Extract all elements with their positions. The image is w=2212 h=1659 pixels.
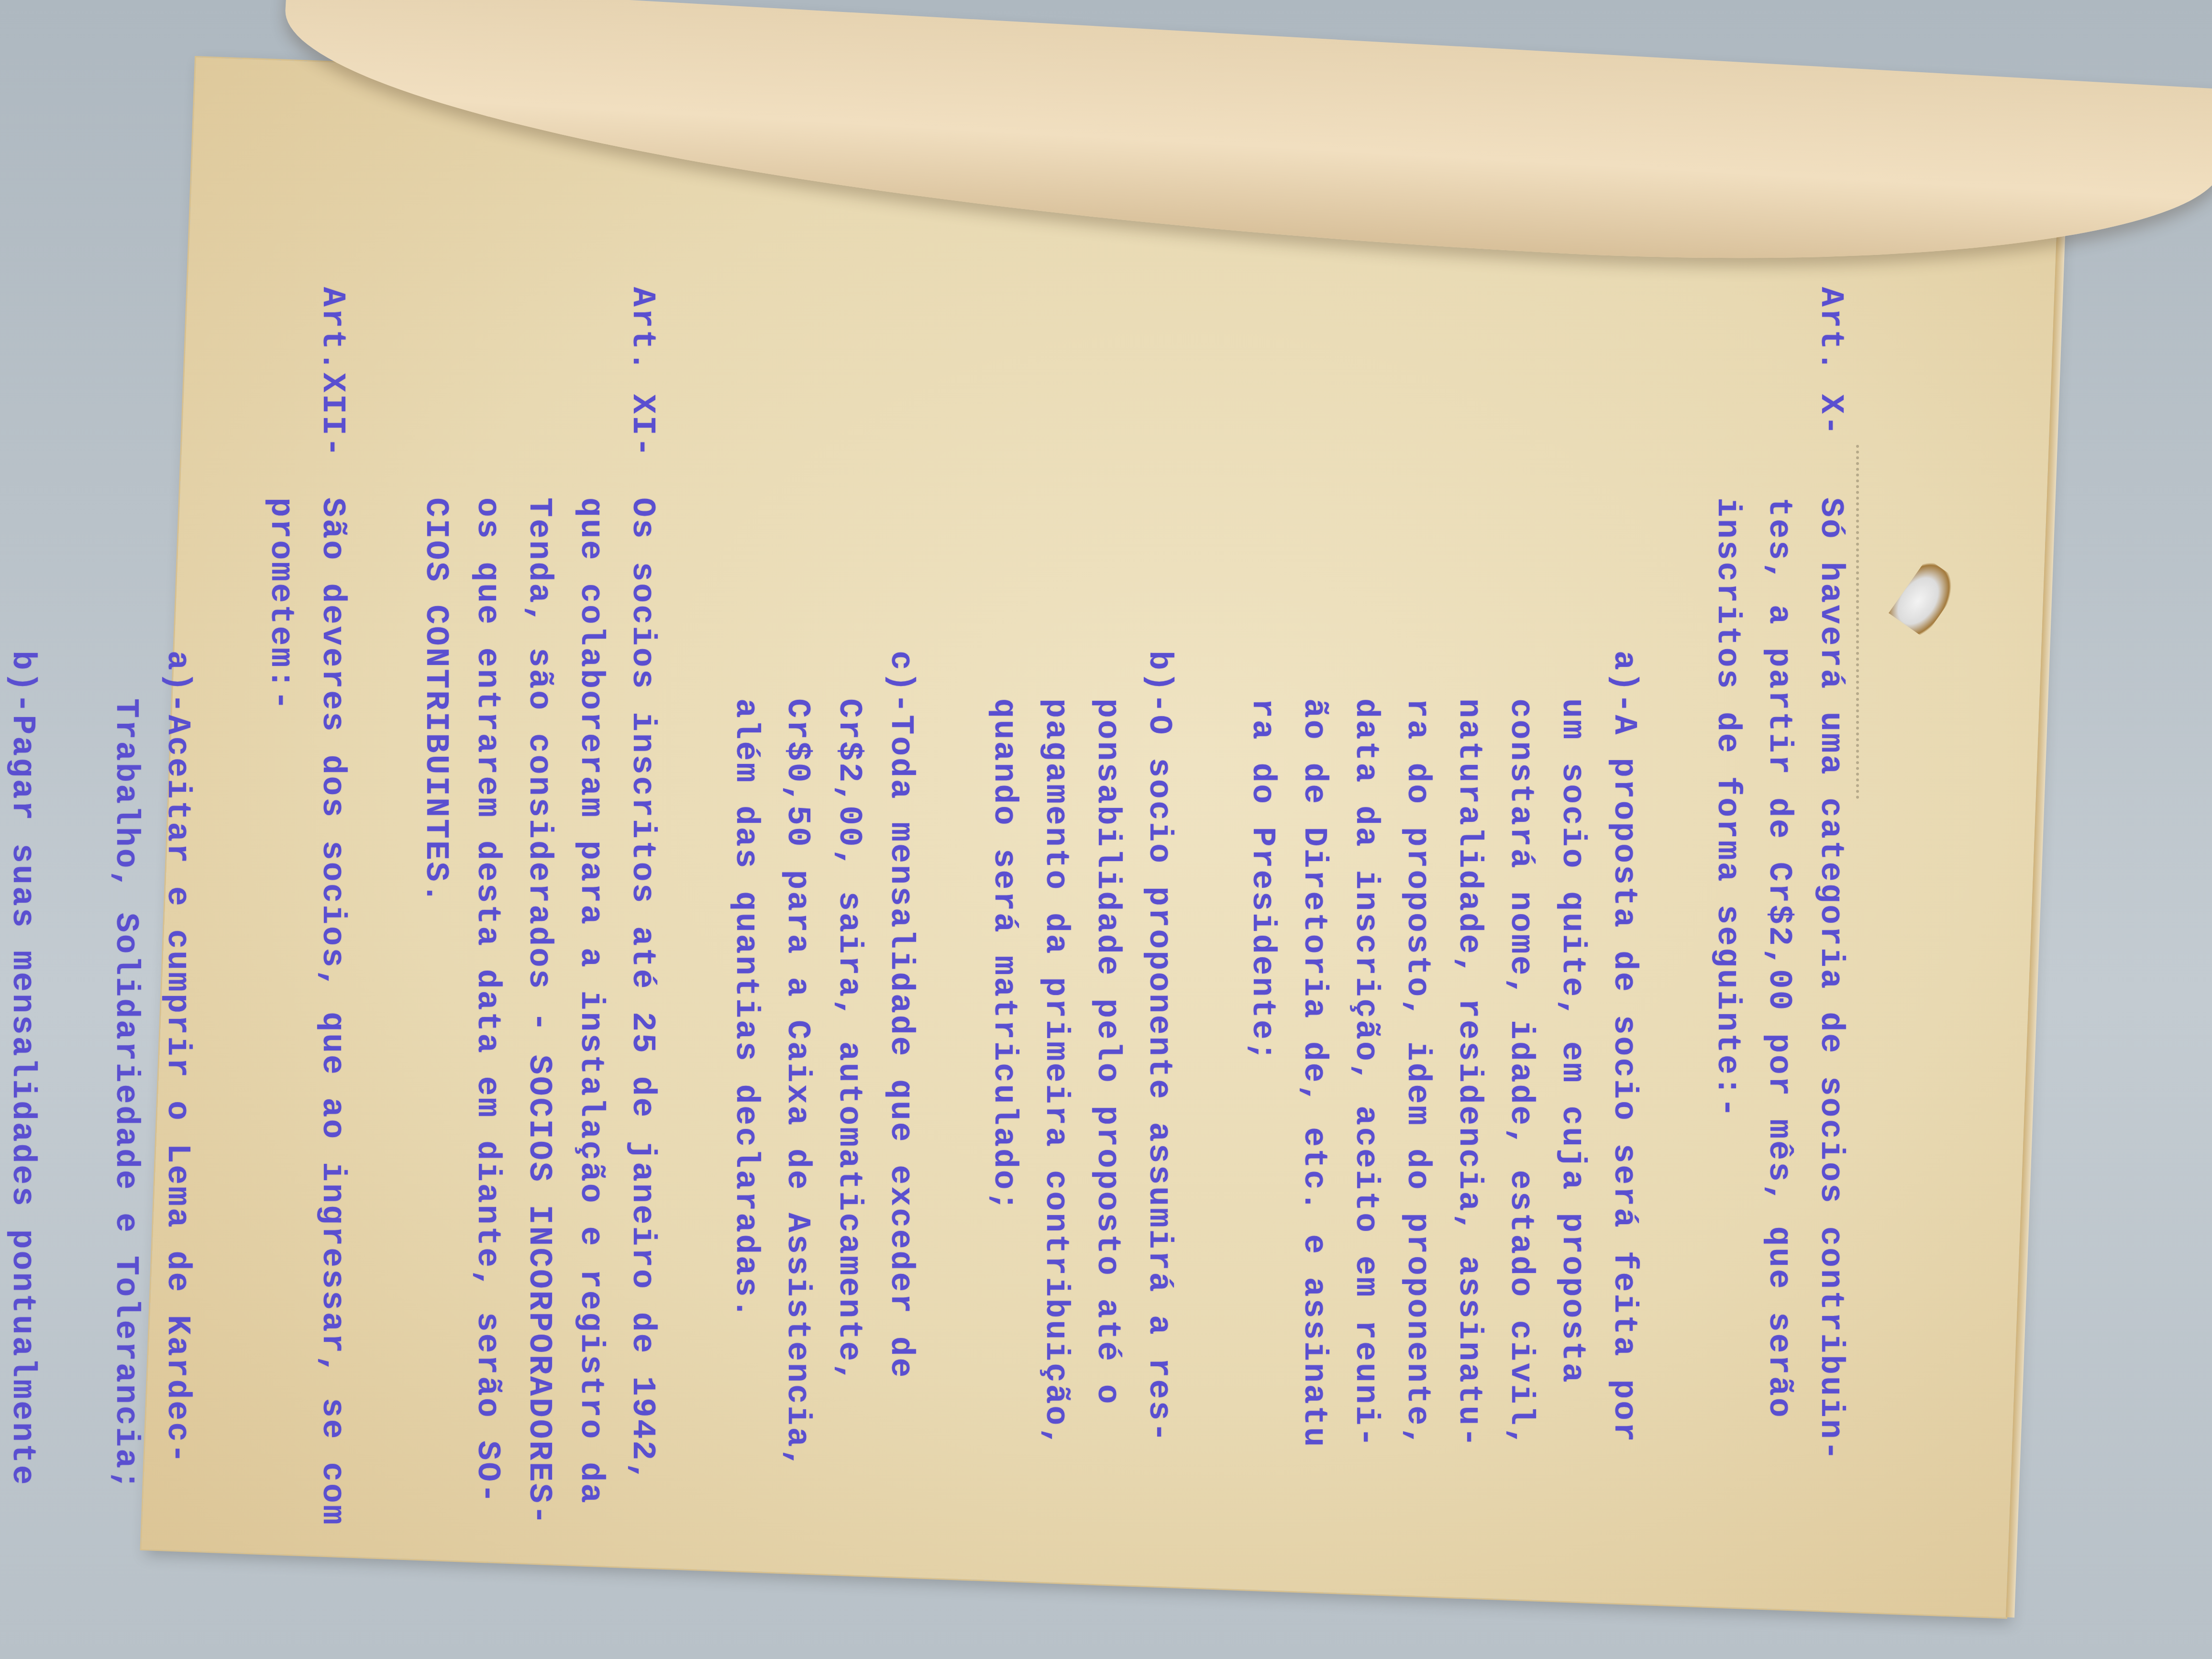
- item-line: pagamento da primeira contribuição,: [1029, 287, 1081, 1531]
- item-line: Cr$0,50 para a Caixa de Assistencia,: [771, 287, 823, 1531]
- item-line: um socio quite, em cuja proposta: [1546, 287, 1598, 1531]
- item-line: Cr$2,00, saira, automaticamente,: [823, 287, 874, 1531]
- article-xii: Art.XII-São deveres dos socios, que ao i…: [0, 287, 358, 1531]
- article-line: inscritos de forma seguinte:-: [1701, 287, 1753, 1531]
- item-line: A proposta de socio será feita por: [1605, 715, 1642, 1443]
- item-line: ra do Presidente;: [1236, 287, 1288, 1531]
- item-line: O socio proponente assumirá a res-: [1140, 715, 1177, 1443]
- item-line: constará nome, idade, estado civil,: [1494, 287, 1546, 1531]
- item-line: ão de Diretoria de, etc. e assinatu: [1288, 287, 1339, 1531]
- item-line: ponsabilidade pelo proposto até o: [1081, 287, 1133, 1531]
- item-line: Toda mensalidade que exceder de: [882, 715, 919, 1379]
- faded-header-marks: [1856, 445, 1873, 799]
- item-line: quando será matriculado;: [978, 287, 1029, 1531]
- article-line: os que entrarem desta data em diante, se…: [461, 287, 513, 1531]
- document-body: Art. X-Só haverá uma categoria de socios…: [0, 287, 1856, 1531]
- article-label: Art. X-: [1804, 287, 1856, 498]
- item-line: Trabalho, Solidariedade e Tolerancia;: [100, 287, 151, 1531]
- item-marker: c)-: [882, 651, 919, 715]
- item-line: naturalidade, residencia, assinatu-: [1443, 287, 1494, 1531]
- article-label: Art. XI-: [616, 287, 668, 498]
- item-marker: b)-: [1140, 651, 1177, 715]
- article-line: CIOS CONTRIBUINTES.: [409, 287, 461, 1531]
- article-line: Os socios inscritos até 25 de janeiro de…: [624, 498, 661, 1483]
- item-marker: b)-: [4, 651, 41, 715]
- article-line: tes, a partir de Cr$2,00 por mês, que se…: [1753, 287, 1804, 1531]
- item-marker: a)-: [159, 651, 196, 715]
- item-line: além das quantias declaradas.: [719, 287, 771, 1531]
- item-line: Aceitar e cumprir o Lema de Kardec-: [159, 715, 196, 1465]
- item-marker: a)-: [1605, 651, 1642, 715]
- article-line: que colaboreram para a instalação e regi…: [564, 287, 616, 1531]
- article-xi: Art. XI-Os socios inscritos até 25 de ja…: [409, 287, 668, 1531]
- article-x: Art. X-Só haverá uma categoria de socios…: [719, 287, 1856, 1531]
- item-line: data da inscrição, aceito em reuni-: [1339, 287, 1391, 1531]
- article-label: Art.XII-: [306, 287, 358, 498]
- item-line: ra do proposto, idem do proponente,: [1391, 287, 1443, 1531]
- article-line: Só haverá uma categoria de socios contri…: [1812, 498, 1849, 1462]
- article-line: prometem:-: [254, 287, 306, 1531]
- article-line: Tenda, são considerados - SOCIOS INCORPO…: [513, 287, 564, 1531]
- item-line: Pagar suas mensalidades pontualmente: [4, 715, 41, 1486]
- article-line: São deveres dos socios, que ao ingressar…: [314, 498, 351, 1526]
